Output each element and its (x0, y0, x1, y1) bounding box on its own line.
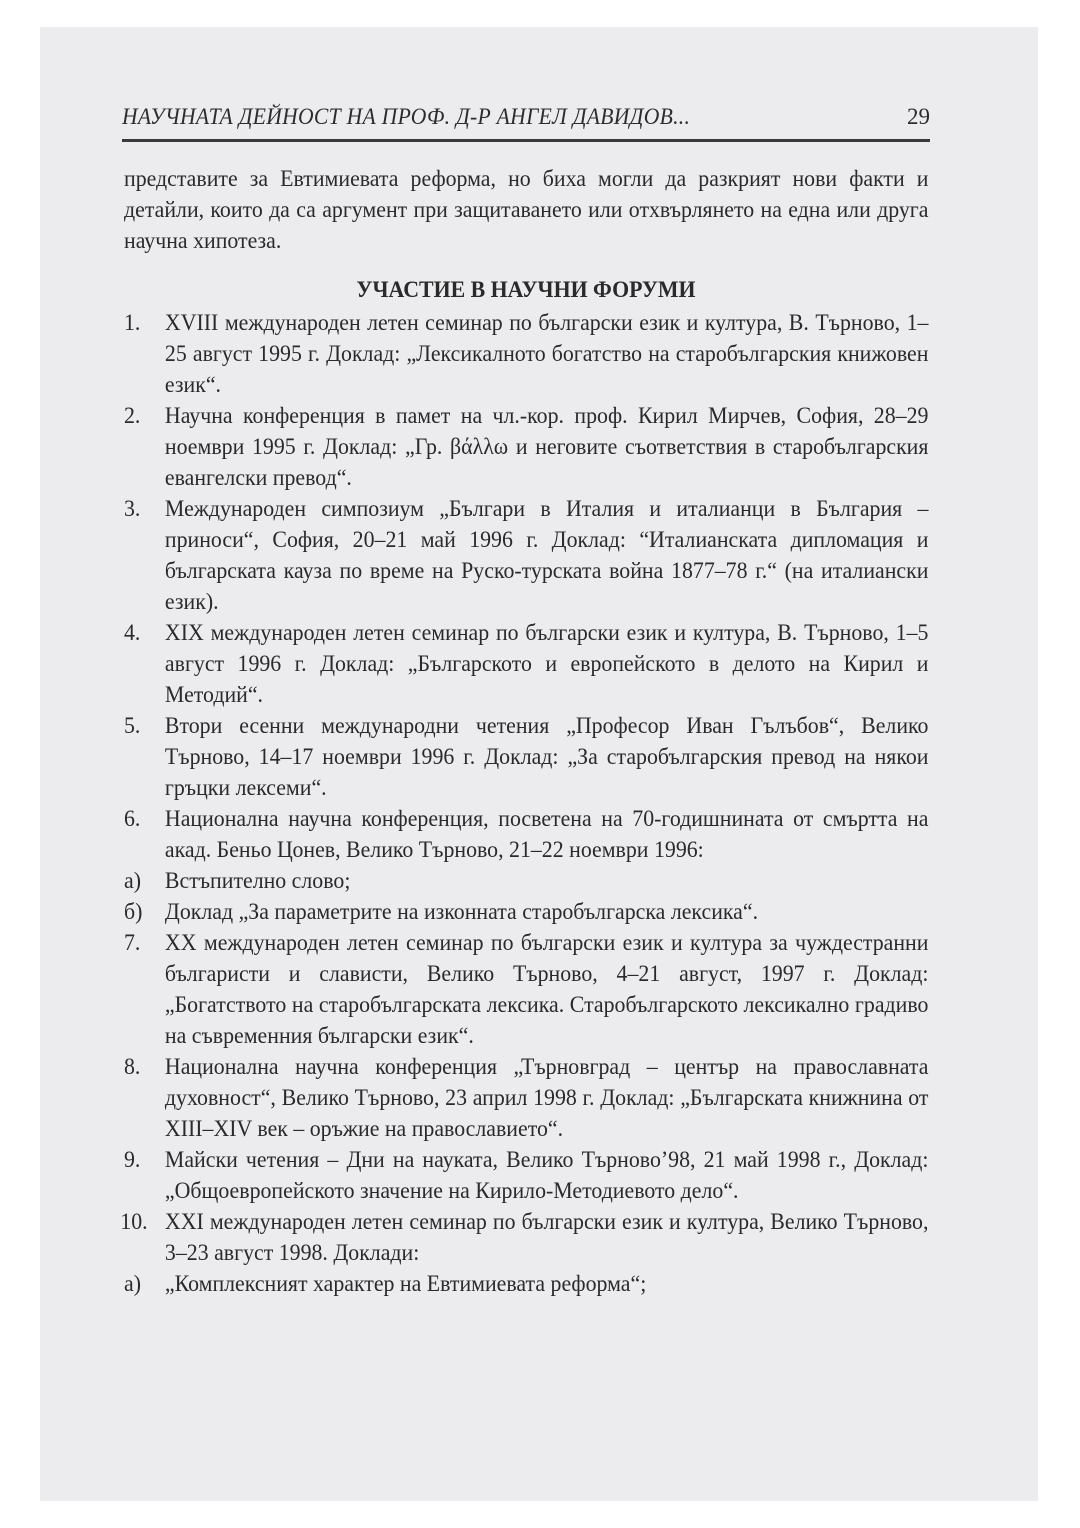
item-text: Национална научна конференция „Търновгра… (165, 1052, 929, 1145)
item-text: Научна конференция в памет на чл.-кор. п… (165, 401, 929, 494)
forums-list: 1.XVIII международен летен семинар по бъ… (124, 308, 928, 1300)
running-title: НАУЧНАТА ДЕЙНОСТ НА ПРОФ. Д-Р АНГЕЛ ДАВИ… (122, 104, 690, 130)
page-number: 29 (907, 104, 930, 130)
item-marker: 3. (124, 494, 140, 525)
list-item: 3.Международен симпозиум „Българи в Итал… (124, 494, 928, 618)
section-heading: УЧАСТИЕ В НАУЧНИ ФОРУМИ (152, 275, 900, 306)
item-marker: 7. (124, 928, 140, 959)
list-item: 6.Национална научна конференция, посвете… (124, 804, 928, 866)
list-item: 2.Научна конференция в памет на чл.-кор.… (124, 401, 928, 494)
list-item: 5.Втори есенни международни четения „Про… (124, 711, 928, 804)
item-text: XXI международен летен семинар по българ… (165, 1207, 929, 1269)
item-text: XIX международен летен семинар по българ… (165, 618, 929, 711)
item-marker: 9. (124, 1145, 140, 1176)
list-item: 7.XX международен летен семинар по бълга… (124, 928, 928, 1052)
item-marker: 6. (124, 804, 140, 835)
item-text: Международен симпозиум „Българи в Италия… (165, 494, 929, 618)
item-text: Втори есенни международни четения „Профе… (165, 711, 929, 804)
list-item: 10.XXI международен летен семинар по бъл… (124, 1207, 928, 1269)
item-marker: 8. (124, 1052, 140, 1083)
intro-paragraph: представите за Евтимиевата реформа, но б… (124, 164, 928, 257)
item-text: Майски четения – Дни на науката, Велико … (165, 1145, 929, 1207)
list-item: 9.Майски четения – Дни на науката, Велик… (124, 1145, 928, 1207)
item-marker: а) (124, 1269, 141, 1300)
item-marker: 1. (124, 308, 140, 339)
item-marker: 2. (124, 401, 140, 432)
list-item: б)Доклад „За параметрите на изконната ст… (124, 897, 928, 928)
list-item: а)Встъпително слово; (124, 866, 928, 897)
list-item: 8.Национална научна конференция „Търновг… (124, 1052, 928, 1145)
item-marker: 4. (124, 618, 140, 649)
header-rule (122, 139, 930, 142)
list-item: 1.XVIII международен летен семинар по бъ… (124, 308, 928, 401)
list-item: 4.XIX международен летен семинар по бълг… (124, 618, 928, 711)
item-text: Доклад „За параметрите на изконната стар… (165, 897, 929, 928)
item-marker: 5. (124, 711, 140, 742)
item-marker: 10. (120, 1207, 147, 1238)
item-text: „Комплексният характер на Евтимиевата ре… (165, 1269, 929, 1300)
page-body: представите за Евтимиевата реформа, но б… (124, 164, 928, 1300)
item-marker: а) (124, 866, 141, 897)
list-item: а)„Комплексният характер на Евтимиевата … (124, 1269, 928, 1300)
item-text: XVIII международен летен семинар по бълг… (165, 308, 929, 401)
item-text: Встъпително слово; (165, 866, 929, 897)
item-marker: б) (124, 897, 142, 928)
item-text: XX международен летен семинар по българс… (165, 928, 929, 1052)
item-text: Национална научна конференция, посветена… (165, 804, 929, 866)
running-head: НАУЧНАТА ДЕЙНОСТ НА ПРОФ. Д-Р АНГЕЛ ДАВИ… (122, 104, 930, 140)
